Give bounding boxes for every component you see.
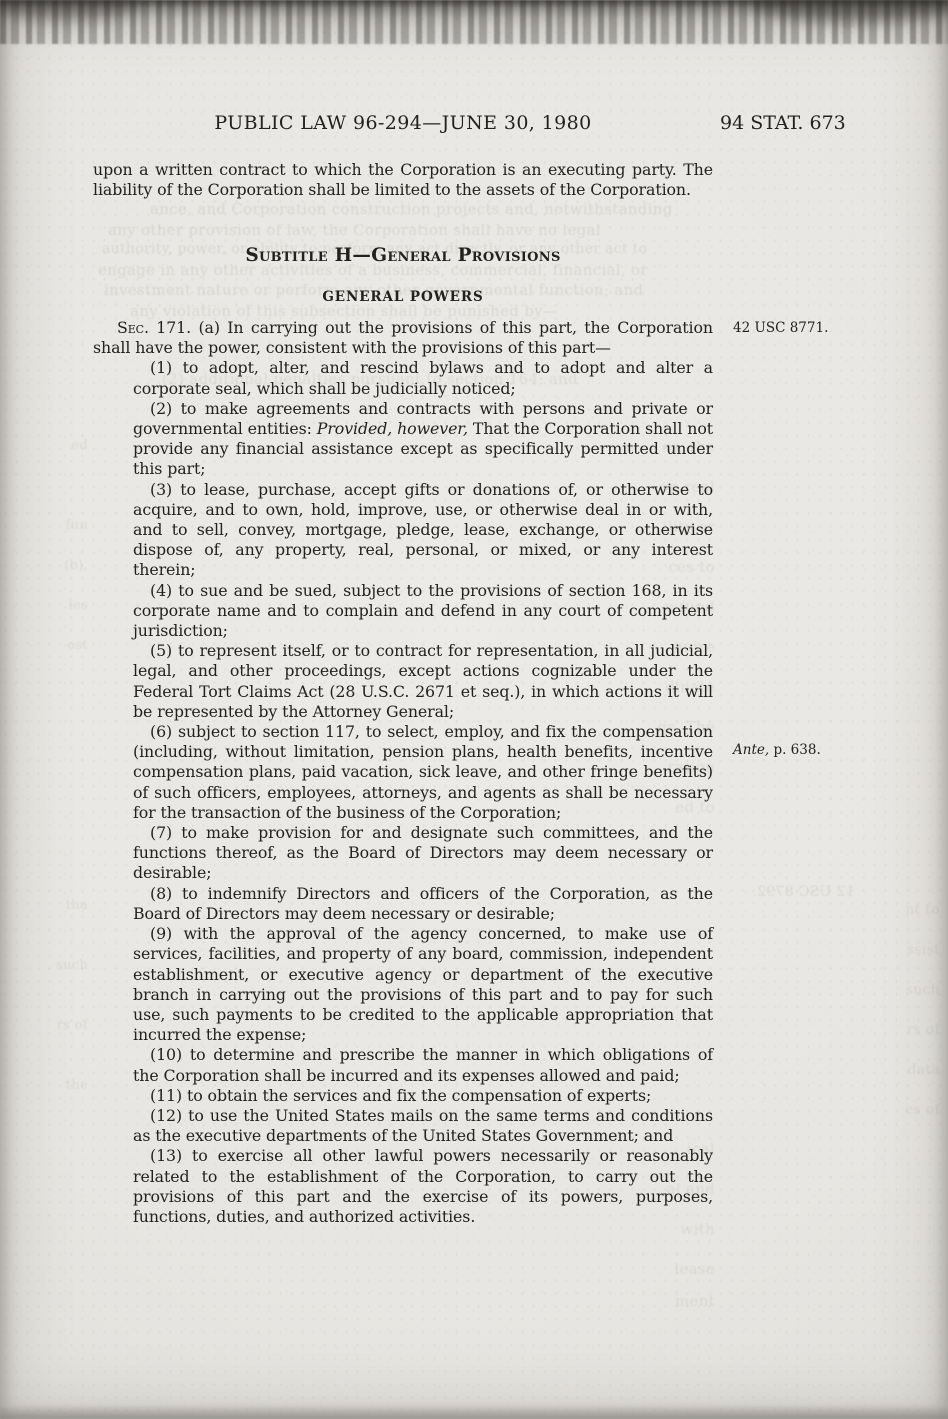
statute-item-13: (13) to exercise all other lawful powers… [133,1146,713,1227]
statute-item-4: (4) to sue and be sued, subject to the p… [133,581,713,642]
section-171-lead: Sec. 171. (a) In carrying out the provis… [93,318,713,358]
statute-item-2: (2) to make agreements and contracts wit… [133,399,713,480]
statute-body: Sec. 171. (a) In carrying out the provis… [93,318,713,1227]
running-head-title: PUBLIC LAW 96-294—JUNE 30, 1980 [93,112,713,134]
statute-item-1: (1) to adopt, alter, and rescind bylaws … [133,358,713,398]
subtitle-heading: Subtitle H—General Provisions [93,245,713,266]
ante-italic-text: Ante, [733,742,769,758]
statute-item-6: (6) subject to section 117, to select, e… [133,722,713,823]
statute-item-5: (5) to represent itself, or to contract … [133,641,713,722]
page-content: PUBLIC LAW 96-294—JUNE 30, 1980 94 STAT.… [0,0,948,1419]
general-powers-heading: GENERAL POWERS [93,289,713,305]
ante-page-text: p. 638. [769,742,821,758]
statute-item-3: (3) to lease, purchase, accept gifts or … [133,480,713,581]
usc-citation-text: 42 USC 8771. [733,320,828,336]
section-number-label: Sec. 171. [117,318,191,337]
running-head-stat-number: 94 STAT. 673 [720,112,890,134]
statute-item-7: (7) to make provision for and designate … [133,823,713,884]
margin-note-usc-citation: 42 USC 8771. [733,320,903,337]
statute-page-scan: 11)ance, and Corporation construction pr… [0,0,948,1419]
intro-paragraph: upon a written contract to which the Cor… [93,160,713,200]
statute-item-12: (12) to use the United States mails on t… [133,1106,713,1146]
statute-item-11: (11) to obtain the services and fix the … [133,1086,713,1106]
margin-note-ante-reference: Ante, p. 638. [733,742,903,759]
statute-item-9: (9) with the approval of the agency conc… [133,924,713,1045]
statute-item-8: (8) to indemnify Directors and officers … [133,884,713,924]
statute-items: (1) to adopt, alter, and rescind bylaws … [93,358,713,1227]
statute-item-10: (10) to determine and prescribe the mann… [133,1045,713,1085]
